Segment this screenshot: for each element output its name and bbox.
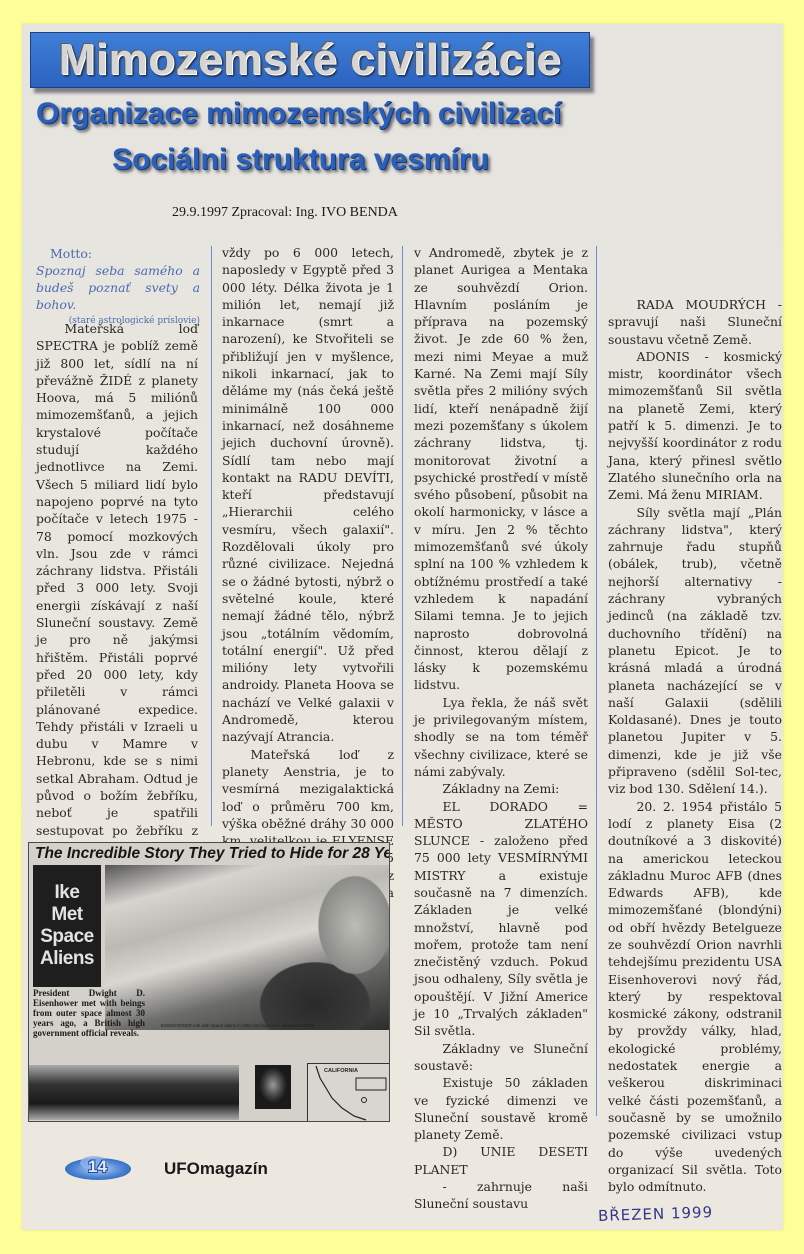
text-column-4: RADA MOUDRÝCH - spravují naši Sluneční s… (608, 296, 782, 1195)
subtitle-social-structure: Sociálni struktura vesmíru (112, 143, 489, 177)
title-banner: Mimozemské civilizácie (30, 32, 590, 88)
column-divider (402, 246, 403, 826)
paragraph: v Andromedě, zbytek je z planet Aurigea … (414, 244, 588, 694)
newspaper-clipping-image: The Incredible Story They Tried to Hide … (28, 842, 390, 1122)
column-divider (596, 246, 597, 1116)
paragraph: Mateřská loď SPECTRA je poblíž země již … (36, 320, 198, 874)
paragraph: Základny ve Sluneční soustavě: (414, 1040, 588, 1075)
page-number: 14 (88, 1157, 107, 1177)
paragraph: Existuje 50 základen ve fyzické dimenzi … (414, 1074, 588, 1143)
paragraph: vždy po 6 000 letech, naposledy v Egyptě… (222, 244, 394, 746)
clipping-headline: The Incredible Story They Tried to Hide … (35, 845, 390, 863)
motto-block: Motto: Spoznaj seba samého a budeš pozna… (36, 245, 200, 326)
eisenhower-illustration (105, 865, 389, 1030)
motto-label: Motto: (36, 245, 200, 262)
text-column-3: v Andromedě, zbytek je z planet Aurigea … (414, 244, 588, 1213)
clipping-title-line: Aliens (40, 948, 94, 970)
clipping-title-line: Space (40, 926, 93, 948)
paragraph: RADA MOUDRÝCH - spravují naši Sluneční s… (608, 296, 782, 348)
paragraph: Síly světla mají „Plán záchrany lidstva"… (608, 504, 782, 798)
paragraph: Lya řekla, že náš svět je privilegovaným… (414, 694, 588, 780)
motto-text: Spoznaj seba samého a budeš poznať svety… (36, 262, 200, 313)
clipping-subcaption: EISENHOWER met with space aliens in 1954… (161, 1023, 314, 1028)
byline: 29.9.1997 Zpracoval: Ing. IVO BENDA (172, 205, 398, 221)
clipping-caption: President Dwight D. Eisenhower met with … (33, 988, 145, 1038)
column-divider (211, 246, 212, 826)
map-label: CALIFORNIA (324, 1068, 358, 1074)
text-column-2: vždy po 6 000 letech, naposledy v Egyptě… (222, 244, 394, 919)
paragraph: - zahrnuje naši Sluneční soustavu (414, 1178, 588, 1213)
paragraph: ADONIS - kosmický mistr, koordinátor vše… (608, 348, 782, 504)
portrait-photo (255, 1065, 291, 1109)
paragraph: EL DORADO = MĚSTO ZLATÉHO SLUNCE - založ… (414, 798, 588, 1040)
paragraph: Základny na Zemi: (414, 780, 588, 797)
california-map: CALIFORNIA (307, 1063, 389, 1121)
paragraph: 20. 2. 1954 přistálo 5 lodí z planety Ei… (608, 798, 782, 1196)
clipping-title-line: Ike (55, 882, 80, 904)
clipping-title-line: Met (51, 904, 82, 926)
clipping-title-box: Ike Met Space Aliens (33, 865, 101, 987)
subtitle-organization: Organizace mimozemských civilizací (36, 97, 561, 131)
page-title: Mimozemské civilizácie (59, 38, 562, 82)
paragraph: D) UNIE DESETI PLANET (414, 1143, 588, 1178)
magazine-name: UFOmagazín (164, 1159, 268, 1179)
airbase-photo (29, 1065, 239, 1120)
